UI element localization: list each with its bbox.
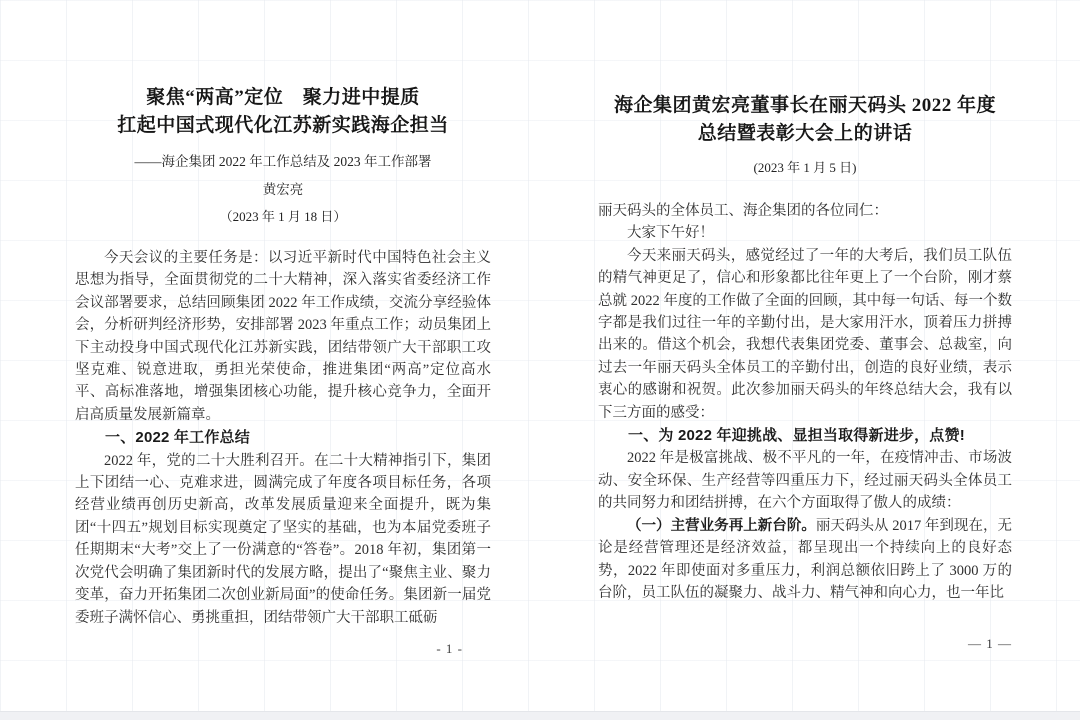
right-section-heading: 一、为 2022 年迎挑战、显担当取得新进步，点赞!	[598, 425, 1012, 447]
right-salutation: 丽天码头的全体员工、海企集团的各位同仁：	[598, 200, 1012, 222]
left-author: 黄宏亮	[75, 180, 491, 200]
left-paragraph-1: 今天会议的主要任务是：以习近平新时代中国特色社会主义思想为指导，全面贯彻党的二十…	[75, 247, 491, 426]
document-preview: { "left_page": { "title_line1": "聚焦“两高”定…	[0, 0, 1080, 720]
left-title-line2: 扛起中国式现代化江苏新实践海企担当	[75, 112, 491, 140]
right-date: (2023 年 1 月 5 日)	[598, 158, 1012, 177]
right-sub-item: （一）主营业务再上新台阶。丽天码头从 2017 年到现在，无论是经营管理还是经济…	[598, 515, 1012, 605]
page-right-content: 海企集团黄宏亮董事长在丽天码头 2022 年度 总结暨表彰大会上的讲话 (202…	[598, 92, 1012, 604]
right-paragraph-2: 2022 年是极富挑战、极不平凡的一年，在疫情冲击、市场波动、安全环保、生产经营…	[598, 447, 1012, 514]
window-bottom-edge	[0, 711, 1080, 720]
right-title-line1: 海企集团黄宏亮董事长在丽天码头 2022 年度	[598, 92, 1012, 120]
left-title-line1: 聚焦“两高”定位 聚力进中提质	[75, 84, 491, 112]
right-sub-item-lead: （一）主营业务再上新台阶。	[627, 518, 816, 534]
page-right: 海企集团黄宏亮董事长在丽天码头 2022 年度 总结暨表彰大会上的讲话 (202…	[598, 0, 1012, 712]
page-left-content: 聚焦“两高”定位 聚力进中提质 扛起中国式现代化江苏新实践海企担当 ——海企集团…	[75, 84, 491, 629]
right-paragraph-1: 今天来丽天码头，感觉经过了一年的大考后，我们员工队伍的精气神更足了，信心和形象都…	[598, 245, 1012, 424]
page-left: 聚焦“两高”定位 聚力进中提质 扛起中国式现代化江苏新实践海企担当 ——海企集团…	[75, 0, 491, 712]
left-date: （2023 年 1 月 18 日）	[75, 207, 491, 226]
right-title-line2: 总结暨表彰大会上的讲话	[598, 120, 1012, 148]
right-page-number: — 1 —	[598, 636, 1012, 652]
left-document-title: 聚焦“两高”定位 聚力进中提质 扛起中国式现代化江苏新实践海企担当	[75, 84, 491, 140]
left-paragraph-2: 2022 年，党的二十大胜利召开。在二十大精神指引下，集团上下团结一心、克难求进…	[75, 450, 491, 629]
right-greeting: 大家下午好！	[598, 222, 1012, 244]
right-document-title: 海企集团黄宏亮董事长在丽天码头 2022 年度 总结暨表彰大会上的讲话	[598, 92, 1012, 148]
left-section-heading: 一、2022 年工作总结	[75, 427, 491, 449]
left-page-number: - 1 -	[75, 641, 463, 657]
left-document-subtitle: ——海企集团 2022 年工作总结及 2023 年工作部署	[75, 152, 491, 172]
